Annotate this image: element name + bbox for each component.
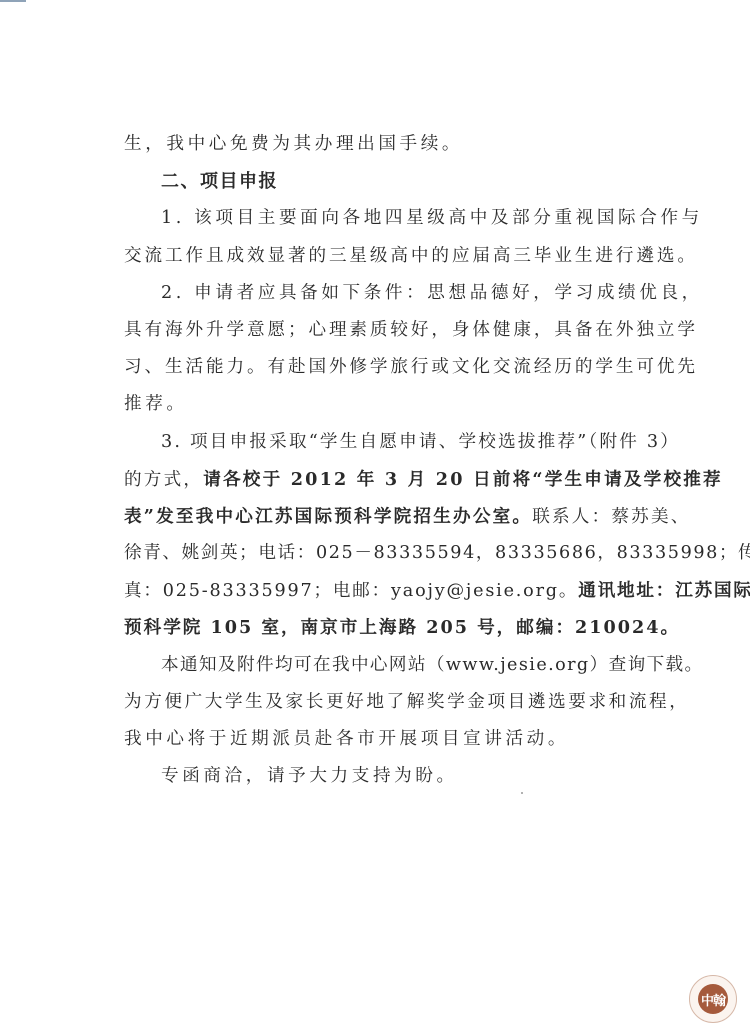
- paragraph-line: 习、生活能力。有赴国外修学旅行或文化交流经历的学生可优先: [124, 349, 669, 386]
- paragraph-line: 表”发至我中心江苏国际预科学院招生办公室。联系人：蔡苏美、: [124, 498, 669, 535]
- scan-edge-mark: [0, 0, 26, 2]
- paragraph-line: 2. 申请者应具备如下条件：思想品德好，学习成绩优良，: [124, 275, 669, 312]
- seal-logo-icon: 中翰: [698, 984, 728, 1014]
- school-seal-watermark: 中翰: [689, 975, 737, 1023]
- line-text: 的方式，: [124, 470, 203, 490]
- bold-address-label: 通讯地址：江苏国际: [578, 580, 750, 601]
- paragraph-line: 真：025-83335997；电邮：yaojy@jesie.org。通讯地址：江…: [124, 572, 669, 609]
- paragraph-line: 徐青、姚剑英；电话：025－83335594，83335686，83335998…: [124, 535, 669, 572]
- paragraph-line: 推荐。: [124, 386, 669, 423]
- paragraph-line: 的方式，请各校于 2012 年 3 月 20 日前将“学生申请及学校推荐: [124, 461, 669, 498]
- paragraph-line: 本通知及附件均可在我中心网站（www.jesie.org）查询下载。: [124, 647, 669, 684]
- line-text: 真：025-83335997；电邮：yaojy@jesie.org。: [124, 581, 578, 601]
- bold-address-text: 预科学院 105 室，南京市上海路 205 号，邮编：210024。: [124, 617, 680, 638]
- paragraph-line: 交流工作且成效显著的三星级高中的应届高三毕业生进行遴选。: [124, 238, 669, 275]
- paragraph-line: 3. 项目申报采取“学生自愿申请、学校选拔推荐”（附件 3）: [124, 424, 669, 461]
- section-heading: 二、项目申报: [124, 163, 669, 200]
- paragraph-line: 1. 该项目主要面向各地四星级高中及部分重视国际合作与: [124, 200, 669, 237]
- line-text: 联系人：蔡苏美、: [532, 507, 690, 527]
- paragraph-line: 我中心将于近期派员赴各市开展项目宣讲活动。: [124, 721, 669, 758]
- scan-speck: [521, 792, 523, 794]
- paragraph-line: 为方便广大学生及家长更好地了解奖学金项目遴选要求和流程，: [124, 684, 669, 721]
- paragraph-line: 具有海外升学意愿；心理素质较好，身体健康，具备在外独立学: [124, 312, 669, 349]
- document-body: 生，我中心免费为其办理出国手续。 二、项目申报 1. 该项目主要面向各地四星级高…: [124, 126, 669, 795]
- paragraph-line: 生，我中心免费为其办理出国手续。: [124, 126, 669, 163]
- closing-line: 专函商洽，请予大力支持为盼。: [124, 758, 669, 795]
- bold-deadline-text: 请各校于 2012 年 3 月 20 日前将“学生申请及学校推荐: [203, 469, 723, 490]
- bold-office-text: 表”发至我中心江苏国际预科学院招生办公室。: [124, 506, 532, 527]
- paragraph-line: 预科学院 105 室，南京市上海路 205 号，邮编：210024。: [124, 609, 669, 646]
